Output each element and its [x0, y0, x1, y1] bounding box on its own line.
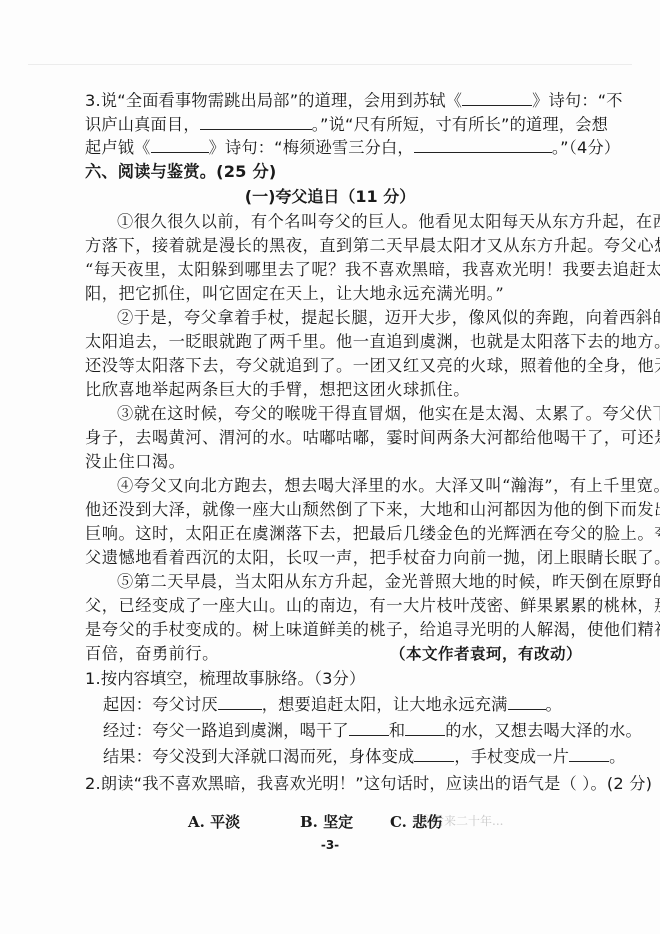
- source-credit: （本文作者袁珂，有改动）: [390, 644, 582, 664]
- answer-blank[interactable]: [508, 695, 546, 710]
- passage-line: ③就在这时候，夸父的喉咙干得直冒烟，他实在是太渴、太累了。夸父伏下: [117, 404, 585, 424]
- answer-blank[interactable]: [414, 747, 454, 762]
- answer-blank[interactable]: [218, 695, 262, 710]
- option-c[interactable]: C. 悲伤: [390, 812, 442, 832]
- q3-text: 》诗句：“不: [532, 91, 623, 110]
- q1-cause: 起因：夸父讨厌，想要追赶太阳，让大地永远充满。: [103, 695, 603, 715]
- q1-text: 起因：夸父讨厌: [103, 695, 218, 714]
- exam-page: 3.说“全面看事物需跳出局部”的道理，会用到苏轼《》诗句：“不 识庐山真面目，。…: [0, 0, 660, 934]
- q1-text: 。: [609, 747, 625, 766]
- q3-text: 》诗句：“梅须逊雪三分白，: [209, 138, 414, 157]
- q1-text: 的水，又想去喝大泽的水。: [445, 721, 642, 740]
- passage-line: 他还没到大泽，就像一座大山颓然倒了下来，大地和山河都因为他的倒下而发出: [85, 500, 585, 520]
- passage-line: 身子，去喝黄河、渭河的水。咕嘟咕嘟，霎时间两条大河都给他喝干了，可还是: [85, 428, 585, 448]
- q1-result: 结果：夸父没到大泽就口渴而死，身体变成，手杖变成一片。: [103, 747, 603, 767]
- passage-line: “每天夜里，太阳躲到哪里去了呢？我不喜欢黑暗，我喜欢光明！我要去追赶太: [85, 260, 585, 280]
- q3-text: 识庐山真面目，: [85, 115, 200, 134]
- answer-blank[interactable]: [349, 721, 389, 736]
- answer-blank[interactable]: [569, 747, 609, 762]
- passage-line: ④夸父又向北方跑去，想去喝大泽里的水。大泽又叫“瀚海”，有上千里宽。: [117, 476, 585, 496]
- q3-line-1: 3.说“全面看事物需跳出局部”的道理，会用到苏轼《》诗句：“不: [85, 91, 585, 111]
- answer-blank[interactable]: [414, 138, 552, 153]
- passage-title: (一)夸父追日（11 分）: [0, 187, 660, 207]
- q3-text: 。”（4分）: [552, 138, 620, 157]
- passage-line: ①很久很久以前，有个名叫夸父的巨人。他看见太阳每天从东方升起，在西: [117, 212, 585, 232]
- passage-line: 父，已经变成了一座大山。山的南边，有一大片枝叶茂密、鲜果累累的桃林，那: [85, 596, 585, 616]
- passage-line: 父遗憾地看着西沉的太阳，长叹一声，把手杖奋力向前一抛，闭上眼睛长眠了。: [85, 548, 585, 568]
- answer-blank[interactable]: [462, 91, 532, 106]
- answer-blank[interactable]: [200, 115, 312, 130]
- passage-line: 还没等太阳落下去，夸父就追到了。一团又红又亮的火球，照着他的全身，他无: [85, 356, 585, 376]
- passage-line: 没止住口渴。: [85, 452, 585, 472]
- q1-text: 结果：夸父没到大泽就口渴而死，身体变成: [103, 747, 414, 766]
- q1-text: ，手杖变成一片: [454, 747, 569, 766]
- answer-blank[interactable]: [405, 721, 445, 736]
- q3-text: 。”说“尺有所短，寸有所长”的道理，会想: [312, 115, 608, 134]
- passage-line: 是夸父的手杖变成的。树上味道鲜美的桃子，给追寻光明的人解渴，使他们精神: [85, 620, 585, 640]
- q1-stem: 1.按内容填空，梳理故事脉络。（3分）: [85, 669, 585, 689]
- section-heading: 六、阅读与鉴赏。(25 分): [85, 162, 585, 182]
- passage-line: 太阳追去，一眨眼就跑了两千里。他一直追到虞渊，也就是太阳落下去的地方。: [85, 332, 585, 352]
- q3-line-2: 识庐山真面目，。”说“尺有所短，寸有所长”的道理，会想: [85, 115, 585, 135]
- answer-blank[interactable]: [151, 138, 209, 153]
- q3-line-3: 起卢钺《》诗句：“梅须逊雪三分白，。”（4分）: [85, 138, 585, 158]
- option-b[interactable]: B. 坚定: [300, 812, 353, 832]
- passage-line: 阳，把它抓住，叫它固定在天上，让大地永远充满光明。”: [85, 284, 585, 304]
- passage-line: 比欣喜地举起两条巨大的手臂，想把这团火球抓住。: [85, 380, 585, 400]
- q3-text: 3.说“全面看事物需跳出局部”的道理，会用到苏轼《: [85, 91, 462, 110]
- passage-line: 巨响。这时，太阳正在虞渊落下去，把最后几缕金色的光辉洒在夸父的脸上。夸: [85, 524, 585, 544]
- q1-process: 经过：夸父一路追到虞渊，喝干了和的水，又想去喝大泽的水。: [103, 721, 603, 741]
- q2-stem: 2.朗读“我不喜欢黑暗，我喜欢光明！”这句话时，应读出的语气是（ ）。(2 分): [85, 774, 585, 794]
- passage-line: 方落下，接着就是漫长的黑夜，直到第二天早晨太阳才又从东方升起。夸父心想：: [85, 236, 585, 256]
- q1-text: 。: [546, 695, 562, 714]
- passage-line: ②于是，夸父拿着手杖，提起长腿，迈开大步，像风似的奔跑，向着西斜的: [117, 308, 585, 328]
- q3-text: 起卢钺《: [85, 138, 151, 157]
- passage-line: ⑤第二天早晨，当太阳从东方升起，金光普照大地的时候，昨天倒在原野的夸: [117, 572, 585, 592]
- option-a[interactable]: A. 平淡: [188, 812, 240, 832]
- scan-edge-line: [28, 64, 632, 65]
- q1-text: 经过：夸父一路追到虞渊，喝干了: [103, 721, 349, 740]
- q1-text: ，想要追赶太阳，让大地永远充满: [262, 695, 508, 714]
- page-number: -3-: [0, 838, 660, 852]
- q1-text: 和: [389, 721, 405, 740]
